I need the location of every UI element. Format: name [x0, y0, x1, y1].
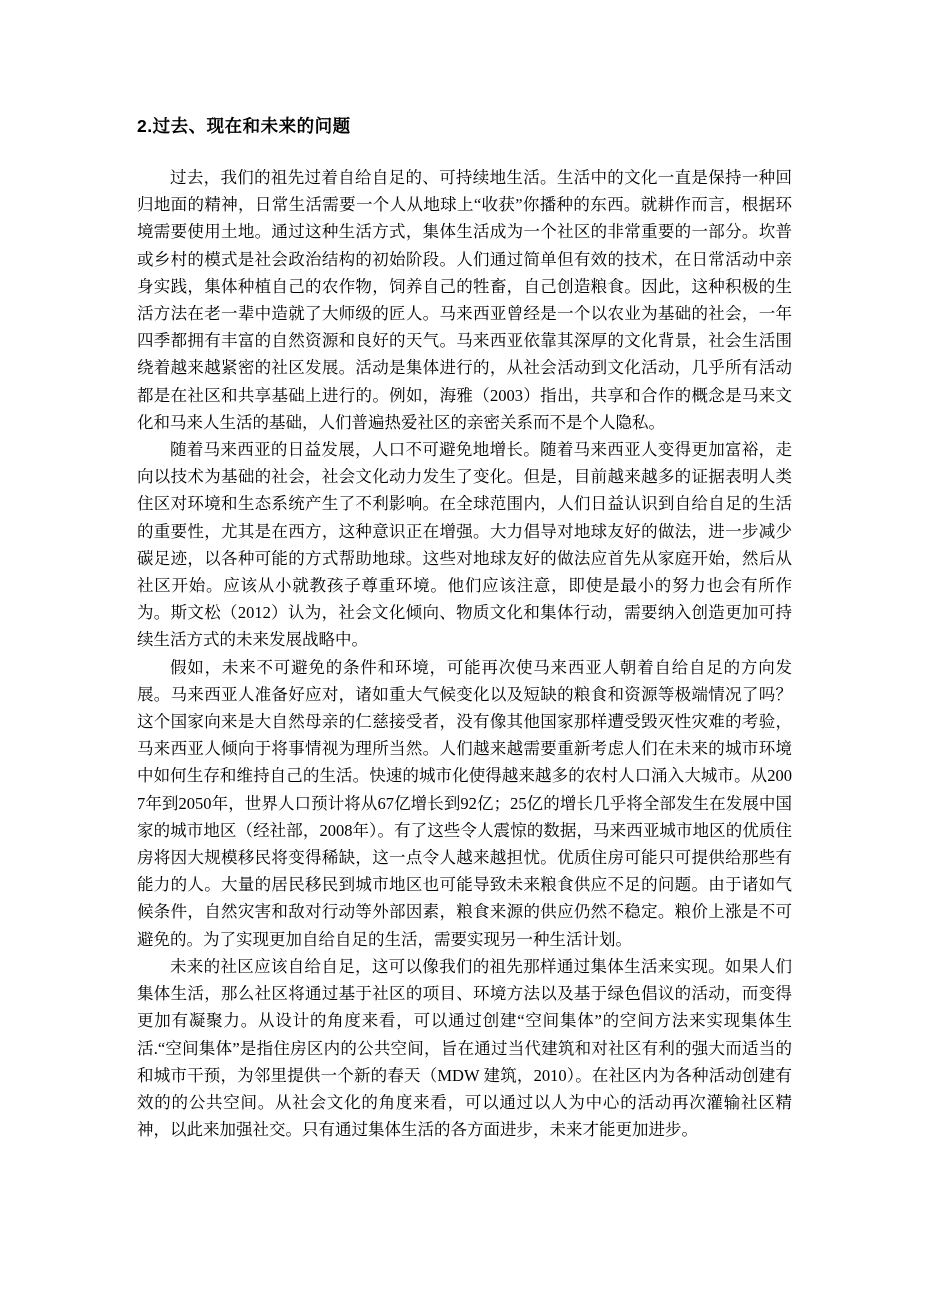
document-page: 2.过去、现在和未来的问题 过去，我们的祖先过着自给自足的、可持续地生活。生活中…: [0, 0, 926, 1309]
paragraph-present: 随着马来西亚的日益发展，人口不可避免地增长。随着马来西亚人变得更加富裕，走向以技…: [137, 436, 792, 654]
document-body: 过去，我们的祖先过着自给自足的、可持续地生活。生活中的文化一直是保持一种回归地面…: [137, 164, 792, 1143]
paragraph-past: 过去，我们的祖先过着自给自足的、可持续地生活。生活中的文化一直是保持一种回归地面…: [137, 164, 792, 436]
paragraph-future-community: 未来的社区应该自给自足，这可以像我们的祖先那样通过集体生活来实现。如果人们集体生…: [137, 953, 792, 1143]
paragraph-future-conditions: 假如，未来不可避免的条件和环境，可能再次使马来西亚人朝着自给自足的方向发展。马来…: [137, 654, 792, 953]
section-heading: 2.过去、现在和未来的问题: [137, 115, 791, 137]
